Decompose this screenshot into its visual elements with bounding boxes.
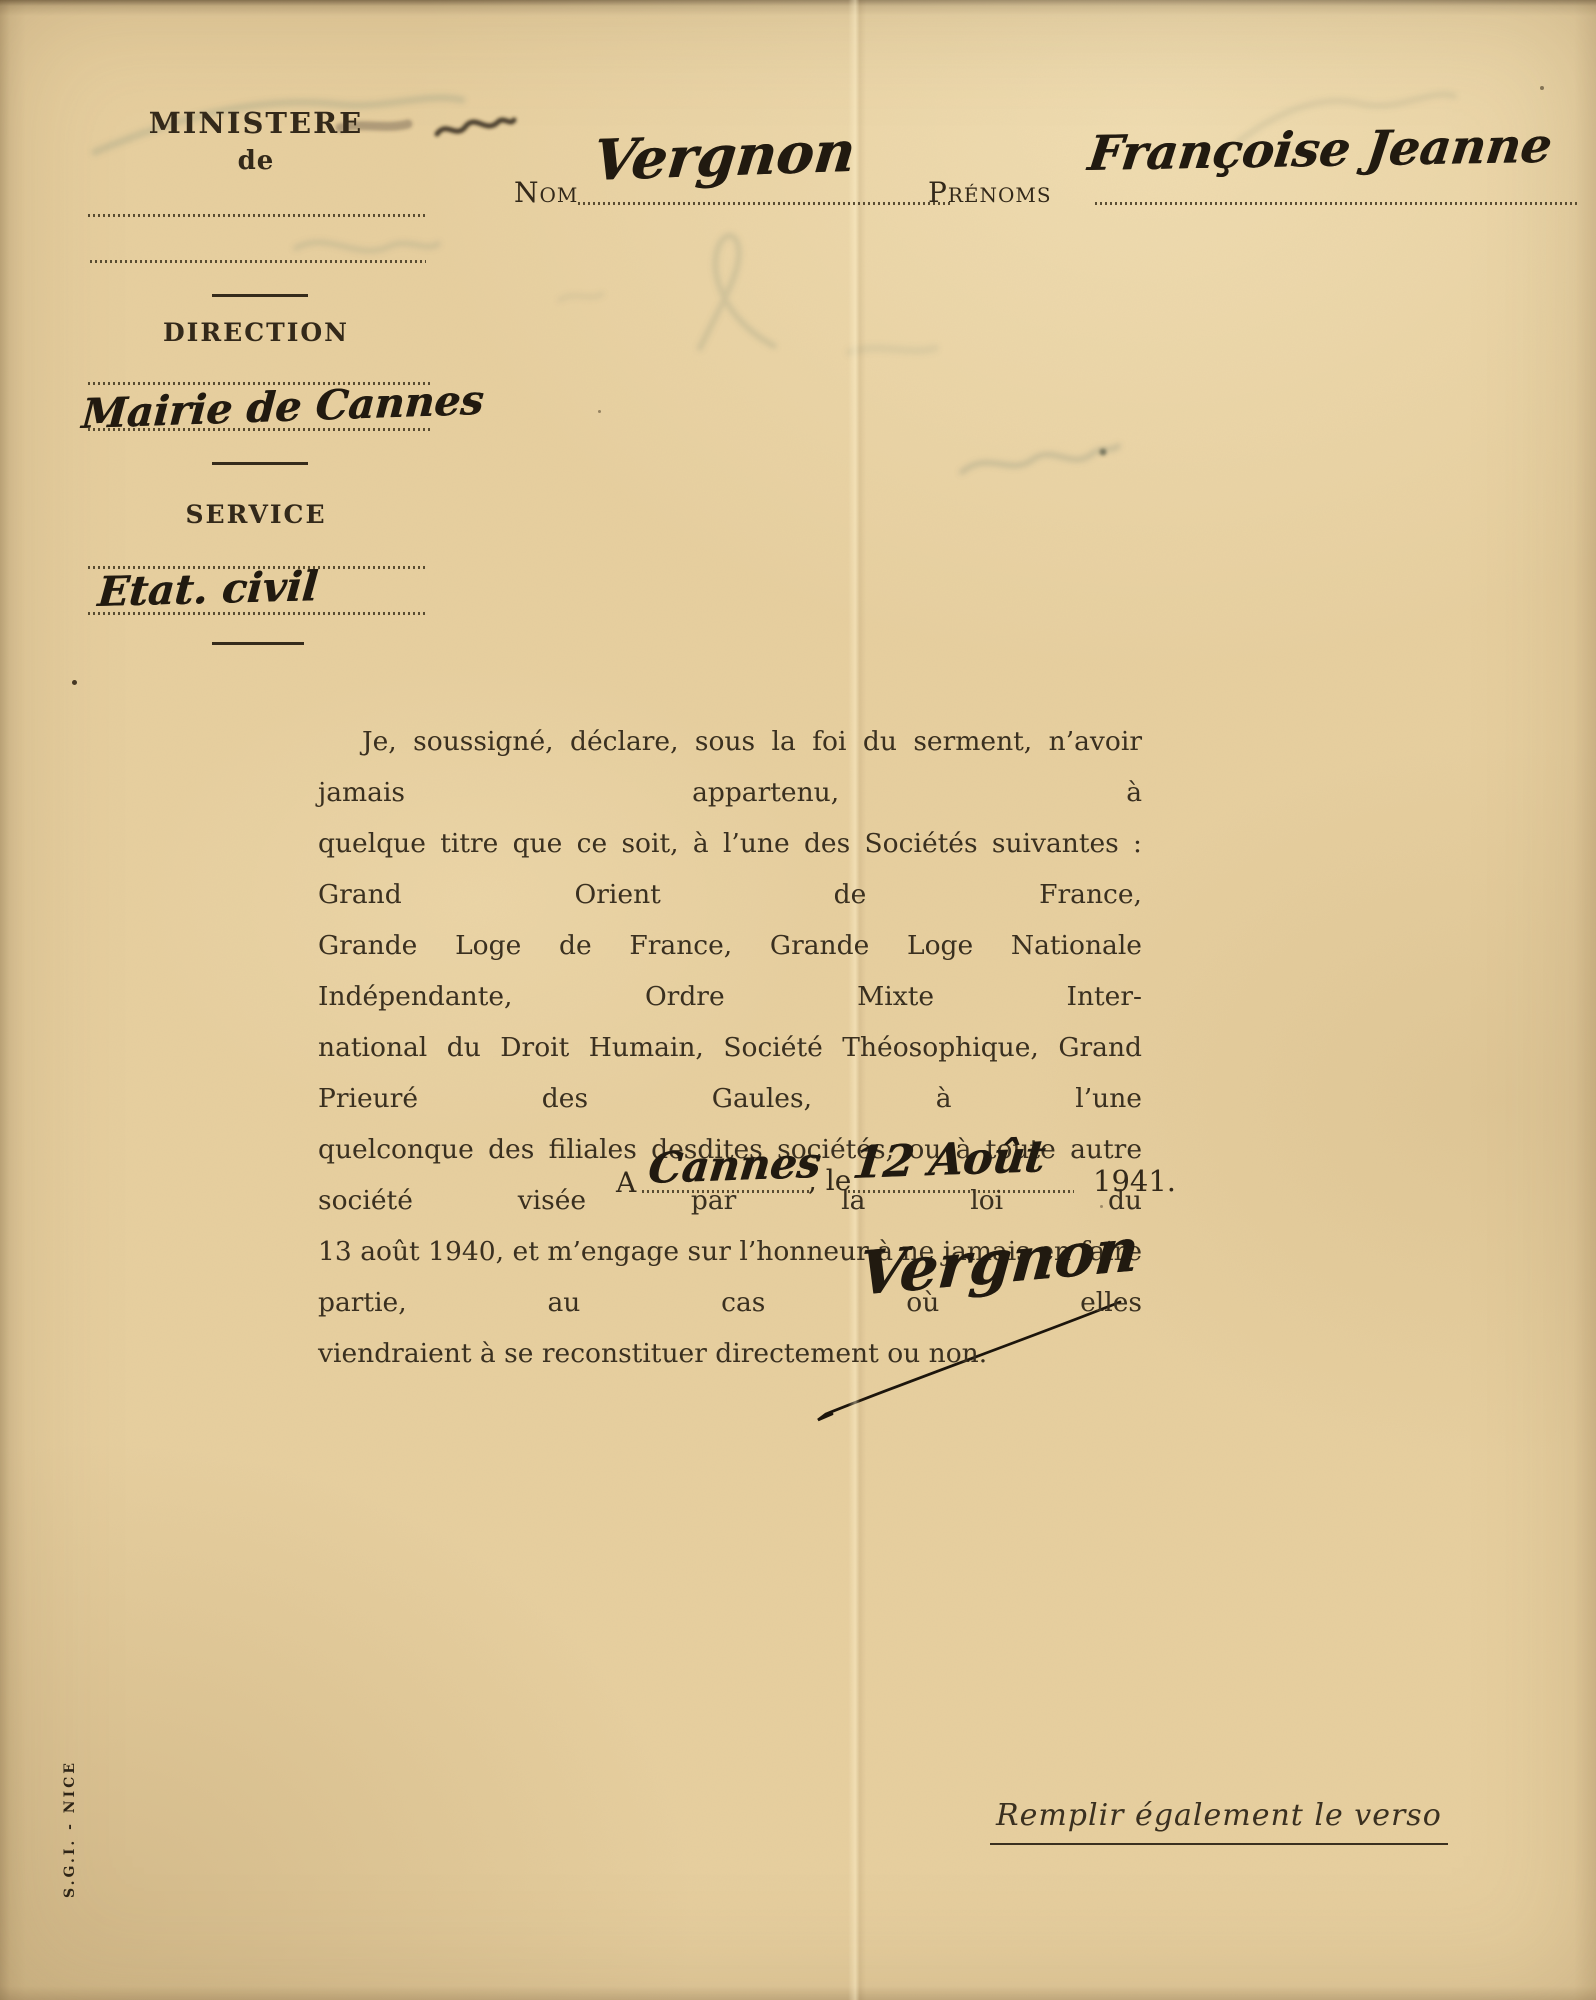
printer-mark: S.G.I. - NICE <box>62 1758 78 1898</box>
place-handwritten-value: Cannes <box>646 1138 823 1193</box>
ministere-de-label: de <box>60 146 452 176</box>
section-divider <box>212 294 308 297</box>
paper-speck <box>72 680 77 685</box>
date-handwritten-value: 12 Août <box>850 1131 1048 1189</box>
nom-fill-line <box>578 202 950 205</box>
place-label-a: A <box>616 1166 636 1199</box>
direction-label: DIRECTION <box>60 318 452 347</box>
declaration-line: Je, soussigné, déclare, sous la foi du s… <box>318 716 1142 818</box>
service-label: SERVICE <box>60 500 452 529</box>
nom-handwritten-value: Vergnon <box>590 119 858 194</box>
paper-speck <box>1540 86 1544 90</box>
ministere-label: MINISTERE <box>60 106 452 140</box>
direction-heading: DIRECTION <box>60 318 452 347</box>
declaration-line: national du Droit Humain, Société Théoso… <box>318 1022 1142 1124</box>
section-divider <box>212 642 304 645</box>
service-heading: SERVICE <box>60 500 452 529</box>
direction-fill-line <box>88 428 430 431</box>
bleedthrough-mark <box>296 242 438 250</box>
ministry-heading: MINISTERE de <box>60 106 452 176</box>
year-label: 1941. <box>1093 1164 1176 1198</box>
service-handwritten-value: Etat. civil <box>96 562 319 616</box>
ministry-fill-line <box>88 214 426 217</box>
service-fill-line <box>88 612 426 615</box>
paper-speck <box>598 410 601 413</box>
declaration-line: viendraient à se reconstituer directemen… <box>318 1328 1142 1379</box>
bleedthrough-mark <box>560 294 602 300</box>
declaration-line: Grande Loge de France, Grande Loge Natio… <box>318 920 1142 1022</box>
verso-instruction-note: Remplir également le verso <box>990 1798 1448 1845</box>
section-divider <box>212 462 308 465</box>
ministry-fill-line <box>90 260 426 263</box>
bleedthrough-mark <box>962 446 1118 472</box>
ink-fleck <box>1100 449 1107 456</box>
scanned-document-page: MINISTERE de DIRECTION Mairie de Cannes … <box>0 0 1596 2000</box>
date-fill-line <box>848 1190 1074 1193</box>
le-label: , le <box>808 1164 851 1197</box>
prenoms-handwritten-value: Françoise Jeanne <box>1085 118 1555 182</box>
prenoms-label: Prénoms <box>928 176 1052 209</box>
declaration-line: quelque titre que ce soit, à l’une des S… <box>318 818 1142 920</box>
bleedthrough-mark <box>700 236 774 348</box>
nom-label: Nom <box>514 176 578 209</box>
prenoms-fill-line <box>1095 202 1577 205</box>
